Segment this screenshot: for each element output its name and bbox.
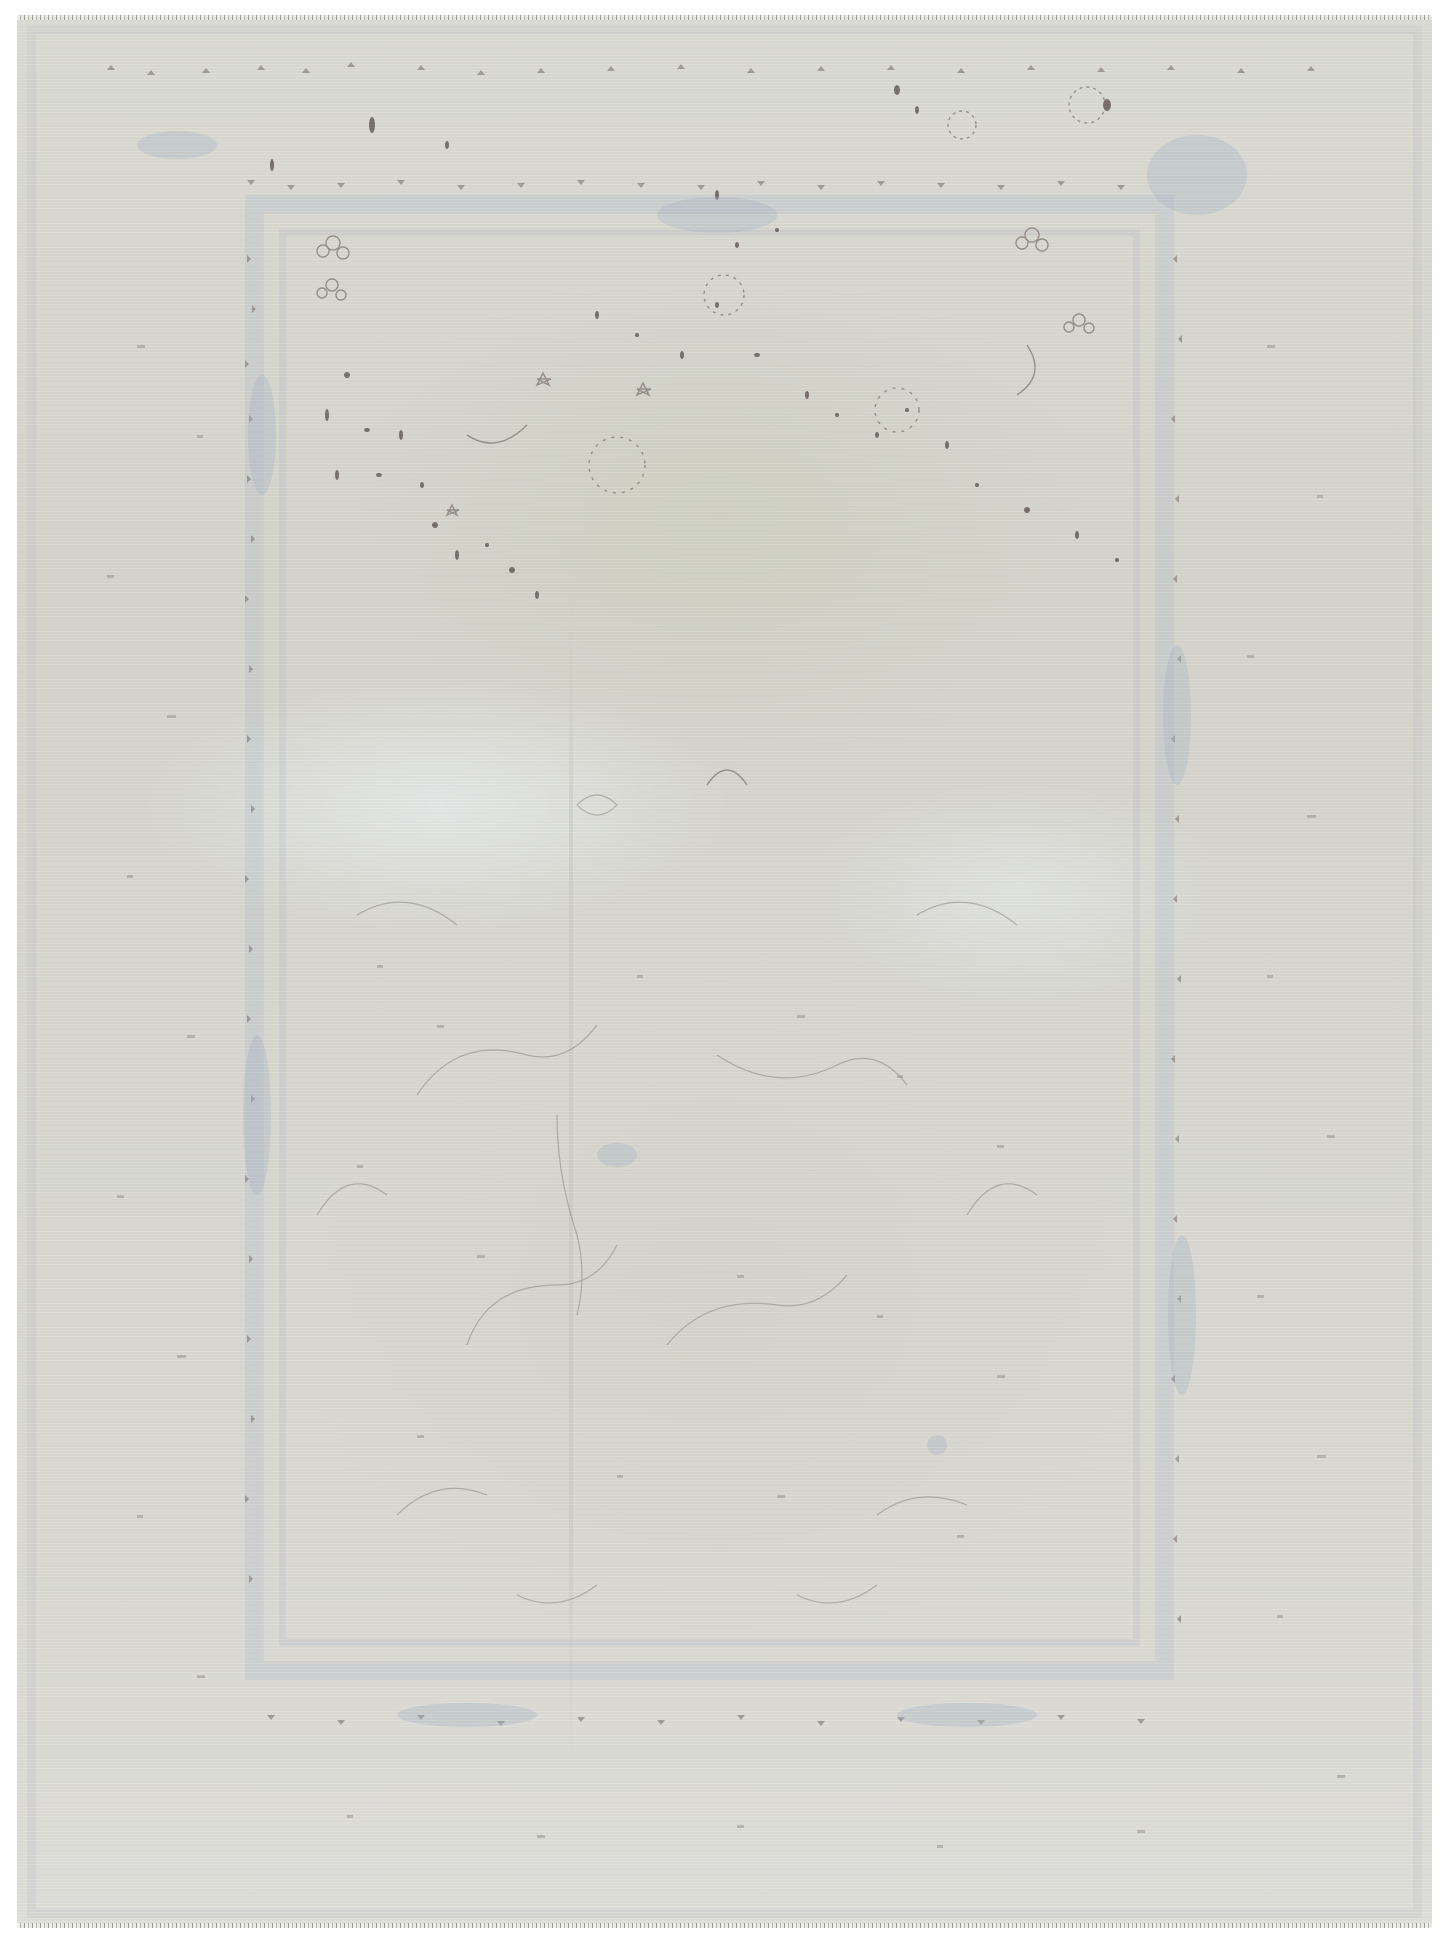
rug [17, 15, 1432, 1928]
field-dark-motifs [270, 85, 1119, 599]
field-flower-motifs [317, 87, 1105, 785]
field-speck-motifs [107, 345, 1345, 1848]
rug-fringe-bottom [17, 1923, 1432, 1928]
rug-motifs [17, 15, 1432, 1928]
border-dot-column-right [1171, 255, 1182, 1623]
border-dot-row-upper [247, 180, 1125, 190]
field-blue-motifs [137, 131, 1247, 1727]
border-dot-row-top [107, 62, 1315, 75]
field-vine-motifs [317, 795, 1037, 1603]
